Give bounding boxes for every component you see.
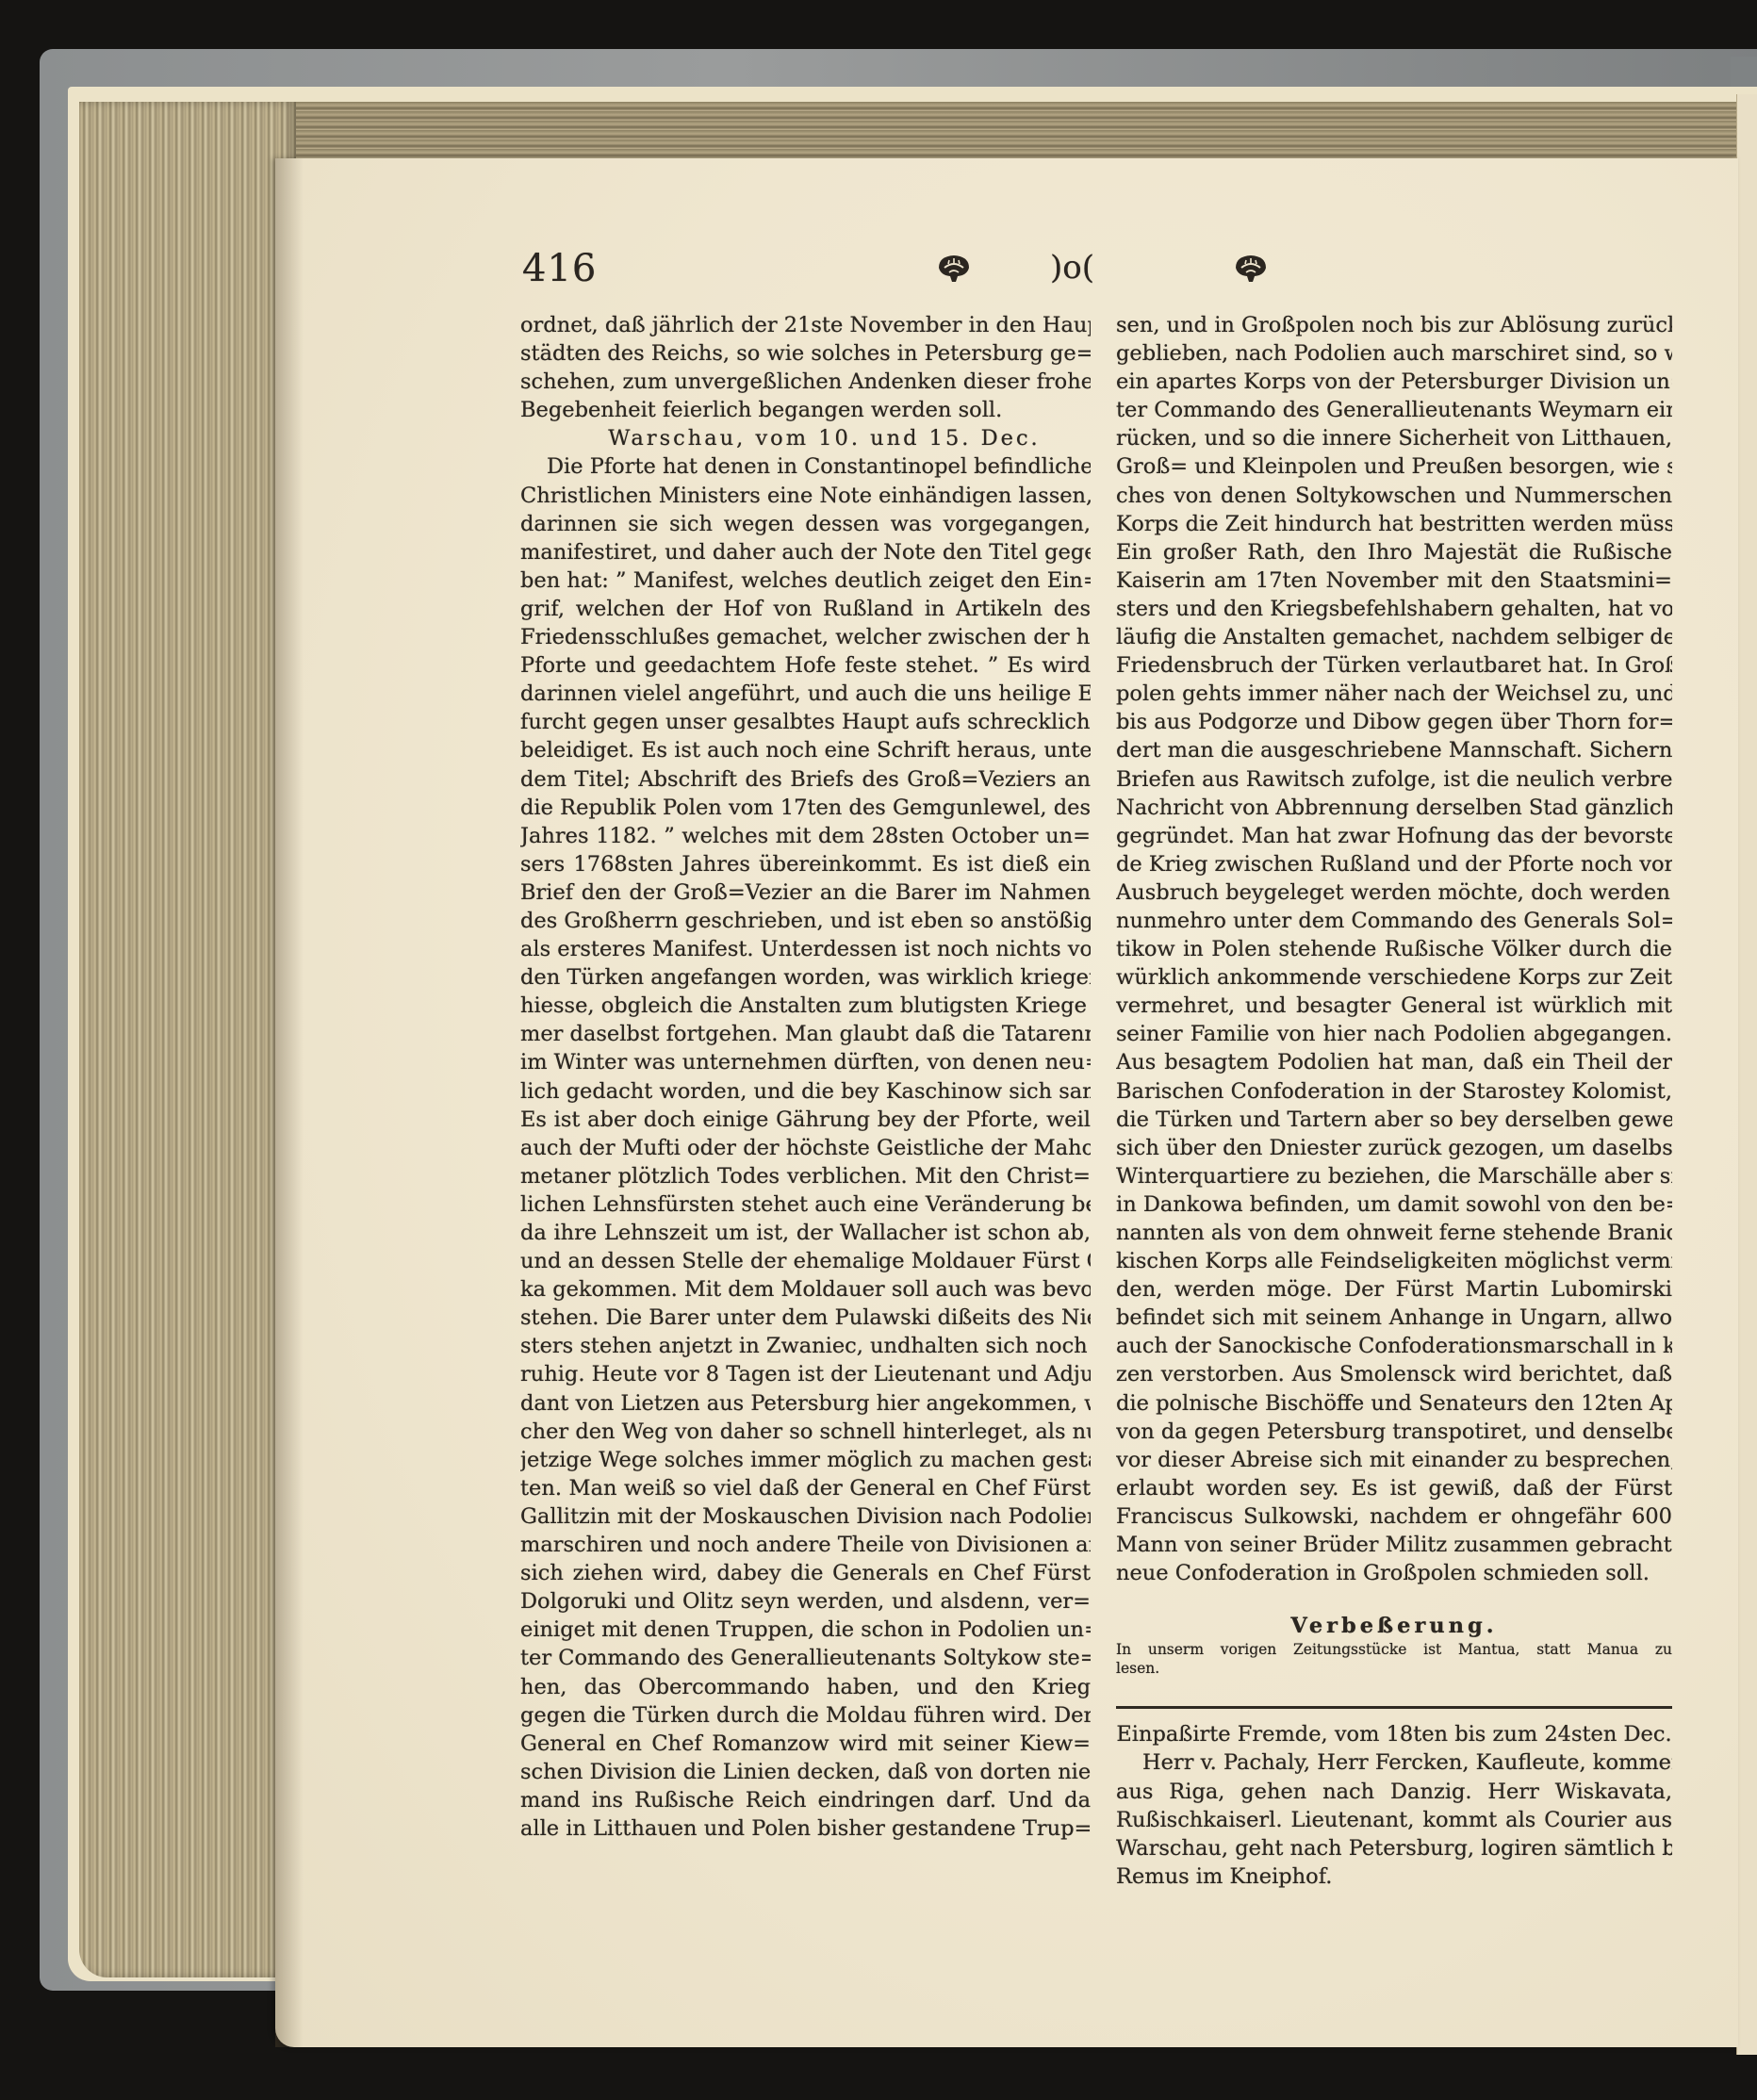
text-line: Es ist aber doch einige Gährung bey der …: [520, 1106, 1091, 1134]
text-line: neue Confoderation in Großpolen schmiede…: [1116, 1559, 1672, 1587]
text-line: hiesse, obgleich die Anstalten zum bluti…: [520, 992, 1091, 1020]
dateline-warsaw: Warschau, vom 10. und 15. Dec.: [520, 424, 1091, 452]
text-line: den, werden möge. Der Fürst Martin Lubom…: [1116, 1275, 1672, 1304]
text-line: Barischen Confoderation in der Starostey…: [1116, 1077, 1672, 1106]
text-line: bis aus Podgorze und Dibow gegen über Th…: [1116, 708, 1672, 736]
text-line: Pforte und geedachtem Hofe feste stehet.…: [520, 651, 1091, 680]
text-line: ruhig. Heute vor 8 Tagen ist der Lieuten…: [520, 1360, 1091, 1388]
text-line: und an dessen Stelle der ehemalige Molda…: [520, 1247, 1091, 1275]
text-line: jetzige Wege solches immer möglich zu ma…: [520, 1446, 1091, 1474]
text-line: beleidiget. Es ist auch noch eine Schrif…: [520, 736, 1091, 764]
fore-edge-pages: [79, 102, 296, 1977]
text-line: Gallitzin mit der Moskauschen Division n…: [520, 1502, 1091, 1531]
text-line: dert man die ausgeschriebene Mannschaft.…: [1116, 736, 1672, 764]
next-page-edge: [1736, 94, 1757, 2055]
text-line: schen Division die Linien decken, daß vo…: [520, 1758, 1091, 1786]
text-line: Winterquartiere zu beziehen, die Marschä…: [1116, 1162, 1672, 1190]
text-line: manifestiret, und daher auch der Note de…: [520, 538, 1091, 566]
text-line: aus Riga, gehen nach Danzig. Herr Wiskav…: [1116, 1778, 1672, 1806]
text-line: ein apartes Korps von der Petersburger D…: [1116, 368, 1672, 396]
text-line: mer daselbst fortgehen. Man glaubt daß d…: [520, 1020, 1091, 1048]
text-line: Briefen aus Rawitsch zufolge, ist die ne…: [1116, 765, 1672, 794]
text-line: ches von denen Soltykowschen und Nummers…: [1116, 482, 1672, 510]
text-line: mand ins Rußische Reich eindringen darf.…: [520, 1786, 1091, 1814]
text-line: furcht gegen unser gesalbtes Haupt aufs …: [520, 708, 1091, 736]
gutter-shadow: [275, 158, 304, 2047]
shell-ornament-icon: [935, 253, 973, 285]
text-line: ben hat: ” Manifest, welches deutlich ze…: [520, 566, 1091, 595]
text-line: befindet sich mit seinem Anhange in Unga…: [1116, 1304, 1672, 1332]
text-line: sich über den Dniester zurück gezogen, u…: [1116, 1134, 1672, 1162]
text-line: den Türken angefangen worden, was wirkli…: [520, 963, 1091, 992]
text-line: rücken, und so die innere Sicherheit von…: [1116, 424, 1672, 452]
text-line: Brief den der Groß=Vezier an die Barer i…: [520, 878, 1091, 907]
text-line: erlaubt worden sey. Es ist gewiß, daß de…: [1116, 1474, 1672, 1502]
text-line: Jahres 1182. ” welches mit dem 28sten Oc…: [520, 822, 1091, 850]
text-line: Friedensbruch der Türken verlautbaret ha…: [1116, 651, 1672, 680]
text-line: Mann von seiner Brüder Militz zusammen g…: [1116, 1531, 1672, 1559]
text-line: Franciscus Sulkowski, nachdem er ohngefä…: [1116, 1502, 1672, 1531]
text-line: gegründet. Man hat zwar Hofnung das der …: [1116, 822, 1672, 850]
text-line: darinnen vielel angeführt, und auch die …: [520, 680, 1091, 708]
shell-ornament-icon: [1232, 253, 1270, 285]
text-line: sters stehen anjetzt in Zwaniec, undhalt…: [520, 1332, 1091, 1360]
text-line: nunmehro unter dem Commando des Generals…: [1116, 907, 1672, 935]
correction-text: lesen.: [1116, 1659, 1672, 1678]
text-line: Dolgoruki und Olitz seyn werden, und als…: [520, 1587, 1091, 1616]
text-line: die Türken und Tartern aber so bey derse…: [1116, 1106, 1672, 1134]
text-line: ten. Man weiß so viel daß der General en…: [520, 1474, 1091, 1502]
text-line: cher den Weg von daher so schnell hinter…: [520, 1418, 1091, 1446]
text-line: sers 1768sten Jahres übereinkommt. Es is…: [520, 850, 1091, 878]
text-line: Aus besagtem Podolien hat man, daß ein T…: [1116, 1048, 1672, 1076]
page-number: 416: [522, 247, 597, 290]
text-line: alle in Litthauen und Polen bisher gesta…: [520, 1814, 1091, 1843]
text-line: geblieben, nach Podolien auch marschiret…: [1116, 339, 1672, 368]
text-line: Friedensschlußes gemachet, welcher zwisc…: [520, 623, 1091, 651]
text-line: ter Commando des Generallieutenants Solt…: [520, 1644, 1091, 1672]
text-line: da ihre Lehnszeit um ist, der Wallacher …: [520, 1219, 1091, 1247]
text-line: vor dieser Abreise sich mit einander zu …: [1116, 1446, 1672, 1474]
correction-heading: Verbeßerung.: [1116, 1612, 1672, 1640]
text-line: tikow in Polen stehende Rußische Völker …: [1116, 935, 1672, 963]
text-line: in Dankowa befinden, um damit sowohl von…: [1116, 1190, 1672, 1219]
text-line: kischen Korps alle Feindseligkeiten mögl…: [1116, 1247, 1672, 1275]
right-column: sen, und in Großpolen noch bis zur Ablös…: [1116, 311, 1672, 1891]
text-line: grif, welchen der Hof von Rußland in Art…: [520, 595, 1091, 623]
text-line: die polnische Bischöffe und Senateurs de…: [1116, 1389, 1672, 1418]
text-line: lichen Lehnsfürsten stehet auch eine Ver…: [520, 1190, 1091, 1219]
page-header: 416 )o(: [520, 247, 1668, 300]
text-line: Herr v. Pachaly, Herr Fercken, Kaufleute…: [1116, 1748, 1672, 1777]
text-line: würklich ankommende verschiedene Korps z…: [1116, 963, 1672, 992]
text-line: dem Titel; Abschrift des Briefs des Groß…: [520, 765, 1091, 794]
text-line: seiner Familie von hier nach Podolien ab…: [1116, 1020, 1672, 1048]
text-line: Rußischkaiserl. Lieutenant, kommt als Co…: [1116, 1806, 1672, 1834]
text-line: Korps die Zeit hindurch hat bestritten w…: [1116, 510, 1672, 538]
text-line: sters und den Kriegsbefehlshabern gehalt…: [1116, 595, 1672, 623]
center-ornament: )o(: [1050, 249, 1094, 287]
text-line: Groß= und Kleinpolen und Preußen besorge…: [1116, 452, 1672, 481]
text-line: darinnen sie sich wegen dessen was vorge…: [520, 510, 1091, 538]
text-line: im Winter was unternehmen dürften, von d…: [520, 1048, 1091, 1076]
text-line: nannten als von dem ohnweit ferne stehen…: [1116, 1219, 1672, 1247]
text-line: polen gehts immer näher nach der Weichse…: [1116, 680, 1672, 708]
text-line: läufig die Anstalten gemachet, nachdem s…: [1116, 623, 1672, 651]
text-line: auch der Mufti oder der höchste Geistlic…: [520, 1134, 1091, 1162]
text-line: Die Pforte hat denen in Constantinopel b…: [520, 452, 1091, 481]
correction-text: In unserm vorigen Zeitungsstücke ist Man…: [1116, 1640, 1672, 1659]
text-line: zen verstorben. Aus Smolensck wird beric…: [1116, 1360, 1672, 1388]
text-line: ordnet, daß jährlich der 21ste November …: [520, 311, 1091, 339]
text-line: Warschau, geht nach Petersburg, logiren …: [1116, 1834, 1672, 1862]
text-line: die Republik Polen vom 17ten des Gemgunl…: [520, 794, 1091, 822]
text-line: stehen. Die Barer unter dem Pulawski diß…: [520, 1304, 1091, 1332]
text-line: des Großherrn geschrieben, und ist eben …: [520, 907, 1091, 935]
section-divider: [1116, 1706, 1672, 1709]
arrivals-heading: Einpaßirte Fremde, vom 18ten bis zum 24s…: [1116, 1720, 1672, 1748]
text-line: ter Commando des Generallieutenants Weym…: [1116, 396, 1672, 424]
text-line: Nachricht von Abbrennung derselben Stad …: [1116, 794, 1672, 822]
text-line: ka gekommen. Mit dem Moldauer soll auch …: [520, 1275, 1091, 1304]
text-line: sich ziehen wird, dabey die Generals en …: [520, 1559, 1091, 1587]
text-line: Ausbruch beygeleget werden möchte, doch …: [1116, 878, 1672, 907]
text-line: vermehret, und besagter General ist würk…: [1116, 992, 1672, 1020]
text-line: Kaiserin am 17ten November mit den Staat…: [1116, 566, 1672, 595]
text-line: Ein großer Rath, den Ihro Majestät die R…: [1116, 538, 1672, 566]
text-line: einiget mit denen Truppen, die schon in …: [520, 1616, 1091, 1644]
text-line: Begebenheit feierlich begangen werden so…: [520, 396, 1091, 424]
text-line: marschiren und noch andere Theile von Di…: [520, 1531, 1091, 1559]
text-line: General en Chef Romanzow wird mit seiner…: [520, 1730, 1091, 1758]
text-line: von da gegen Petersburg transpotiret, un…: [1116, 1418, 1672, 1446]
text-line: als ersteres Manifest. Unterdessen ist n…: [520, 935, 1091, 963]
text-line: städten des Reichs, so wie solches in Pe…: [520, 339, 1091, 368]
text-line: metaner plötzlich Todes verblichen. Mit …: [520, 1162, 1091, 1190]
left-column: ordnet, daß jährlich der 21ste November …: [520, 311, 1091, 1843]
text-line: auch der Sanockische Confoderationsmarsc…: [1116, 1332, 1672, 1360]
text-line: sen, und in Großpolen noch bis zur Ablös…: [1116, 311, 1672, 339]
text-line: gegen die Türken durch die Moldau führen…: [520, 1701, 1091, 1730]
text-line: lich gedacht worden, und die bey Kaschin…: [520, 1077, 1091, 1106]
text-line: Christlichen Ministers eine Note einhänd…: [520, 482, 1091, 510]
text-line: hen, das Obercommando haben, und den Kri…: [520, 1673, 1091, 1701]
text-line: schehen, zum unvergeßlichen Andenken die…: [520, 368, 1091, 396]
text-line: Remus im Kneiphof.: [1116, 1862, 1672, 1891]
text-line: dant von Lietzen aus Petersburg hier ang…: [520, 1389, 1091, 1418]
text-line: de Krieg zwischen Rußland und der Pforte…: [1116, 850, 1672, 878]
